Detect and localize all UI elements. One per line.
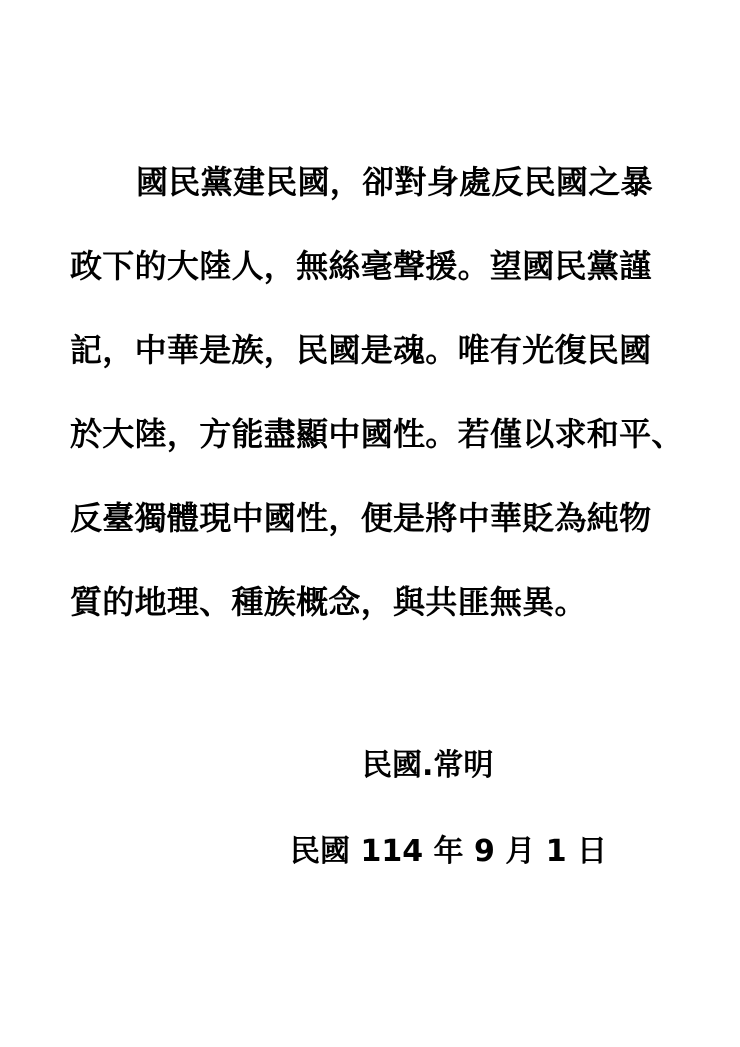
- date: 民國 114 年 9 月 1 日: [290, 826, 607, 870]
- document-page: 國民黨建民國，卻對身處反民國之暴 政下的大陸人，無絲毫聲援。望國民黨謹 記，中華…: [0, 0, 740, 1047]
- paragraph-line: 於大陸，方能盡顯中國性。若僅以求和平、: [70, 392, 670, 476]
- signature: 民國.常明: [362, 740, 493, 784]
- body-paragraph: 國民黨建民國，卻對身處反民國之暴 政下的大陸人，無絲毫聲援。望國民黨謹 記，中華…: [70, 140, 670, 644]
- paragraph-line: 反臺獨體現中國性，便是將中華貶為純物: [70, 476, 670, 560]
- paragraph-line: 國民黨建民國，卻對身處反民國之暴: [70, 140, 670, 224]
- paragraph-line: 政下的大陸人，無絲毫聲援。望國民黨謹: [70, 224, 670, 308]
- paragraph-line: 記，中華是族，民國是魂。唯有光復民國: [70, 308, 670, 392]
- paragraph-line: 質的地理、種族概念，與共匪無異。: [70, 560, 670, 644]
